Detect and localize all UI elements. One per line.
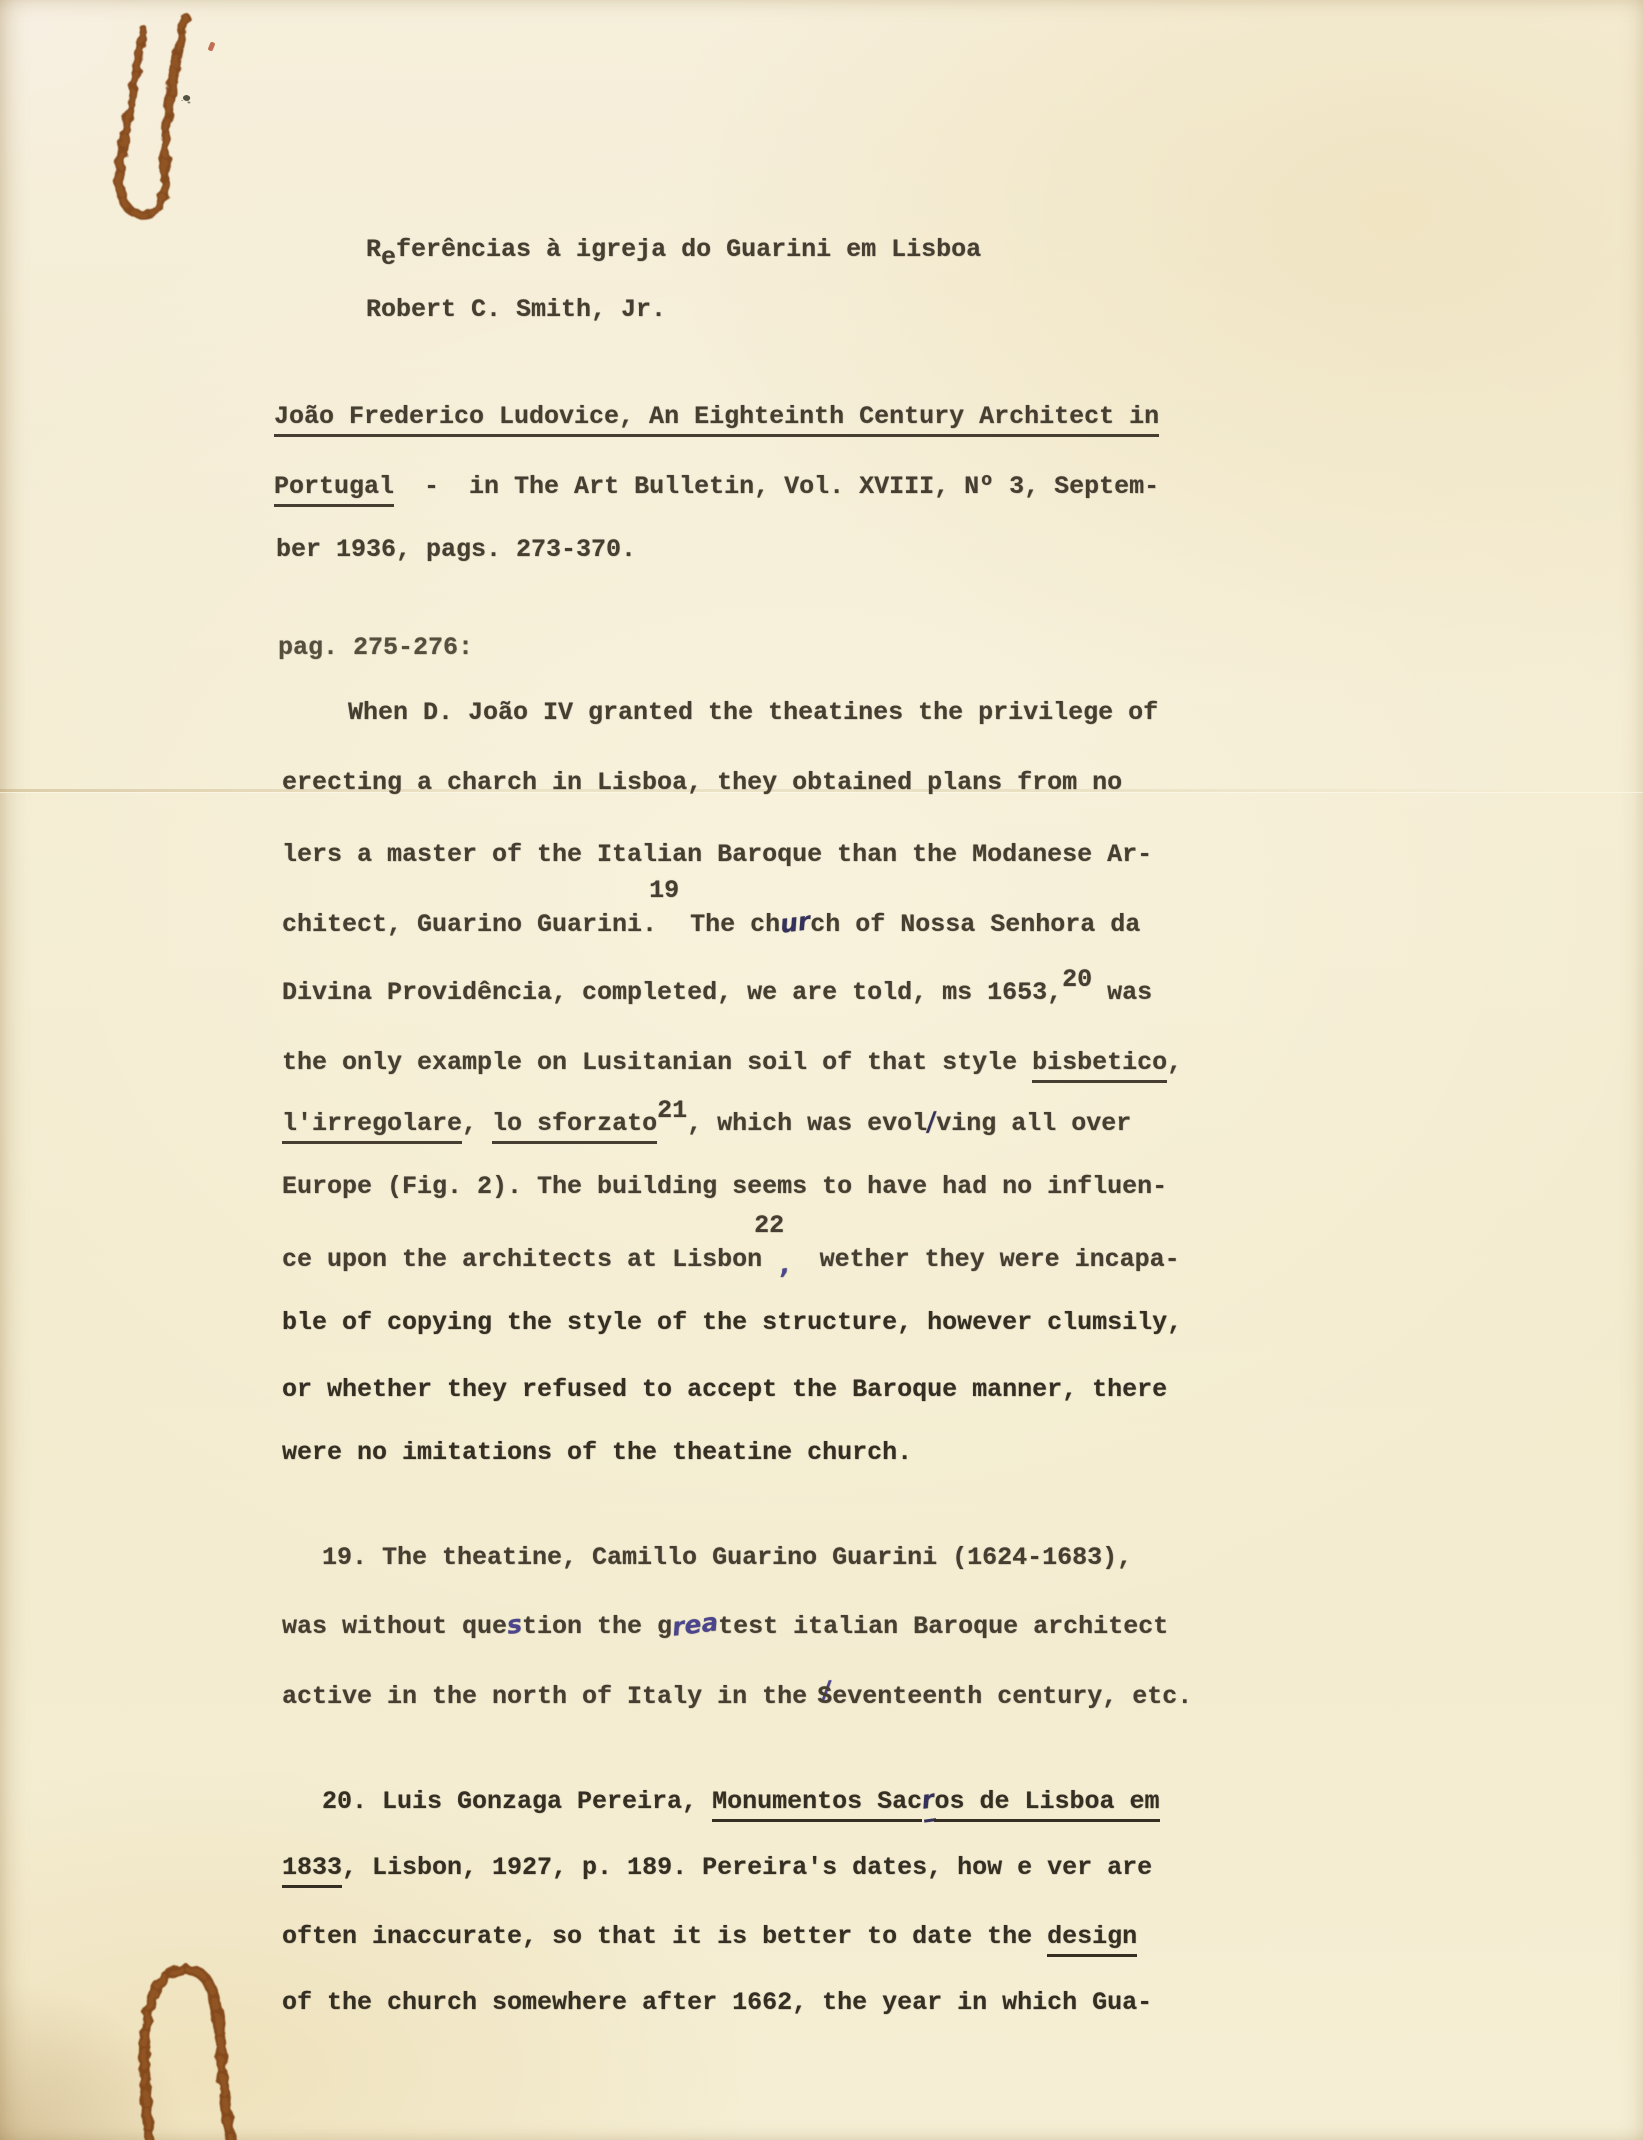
- typed-text: l'irregolare: [282, 1109, 462, 1144]
- body-line-10: ble of copying the style of the structur…: [282, 1307, 1182, 1339]
- typed-text: os de Lisboa em: [934, 1787, 1159, 1822]
- footnote-reference: 21: [657, 1096, 687, 1125]
- typed-text: design: [1047, 1922, 1137, 1957]
- footnote-reference: 20: [1062, 965, 1092, 994]
- typed-text: erecting a charch in Lisboa, they obtain…: [282, 768, 1122, 797]
- typed-text-layer: Referências à igreja do Guarini em Lisbo…: [0, 0, 1643, 2140]
- footnote-20-line-4: of the church somewhere after 1662, the …: [282, 1987, 1152, 2019]
- typed-text: Monumentos Sac: [712, 1787, 922, 1822]
- typed-text: were no imitations of the theatine churc…: [282, 1438, 912, 1467]
- footnote-20-line-2: 1833, Lisbon, 1927, p. 189. Pereira's da…: [282, 1852, 1152, 1884]
- typed-text: lo sforzato: [492, 1109, 657, 1144]
- typed-text: The ch: [675, 910, 780, 939]
- typed-text: ,: [462, 1109, 492, 1138]
- typed-text: ,: [1167, 1048, 1182, 1077]
- body-line-9: ce upon the architects at Lisbon22, weth…: [282, 1242, 1180, 1276]
- typed-text: lers a master of the Italian Baroque tha…: [282, 840, 1152, 869]
- typed-text: of the church somewhere after 1662, the …: [282, 1988, 1152, 2017]
- typed-text: the only example on Lusitanian soil of t…: [282, 1048, 1032, 1077]
- typed-text: ferências à igreja do Guarini em Lisboa: [396, 235, 981, 264]
- handwritten-correction: rea: [670, 1606, 720, 1643]
- body-line-8: Europe (Fig. 2). The building seems to h…: [282, 1171, 1167, 1203]
- typed-text: , which was evol: [687, 1109, 927, 1138]
- citation-line-2: Portugal - in The Art Bulletin, Vol. XVI…: [274, 471, 1159, 503]
- typed-text: ble of copying the style of the structur…: [282, 1308, 1182, 1337]
- citation-line-1: João Frederico Ludovice, An Eighteinth C…: [274, 401, 1159, 433]
- page-ref-line: pag. 275-276:: [278, 632, 473, 664]
- typed-text: 1833: [282, 1853, 342, 1888]
- scanned-typescript-page: Referências à igreja do Guarini em Lisbo…: [0, 0, 1643, 2140]
- typed-text: test italian Baroque architect: [718, 1612, 1168, 1641]
- footnote-reference: 19: [649, 876, 679, 905]
- footnote-19-line-3: active in the north of Italy in the /Sev…: [282, 1679, 1192, 1713]
- typed-text: Portugal: [274, 472, 394, 507]
- typed-text: pag. 275-276:: [278, 633, 473, 662]
- typed-text: 20. Luis Gonzaga Pereira,: [322, 1787, 712, 1816]
- body-line-2: erecting a charch in Lisboa, they obtain…: [282, 767, 1122, 799]
- typed-text: chitect, Guarino Guarini.: [282, 910, 657, 939]
- footnote-19-line-2: was without question the greatest italia…: [282, 1609, 1168, 1643]
- author-line: Robert C. Smith, Jr.: [366, 294, 666, 326]
- typed-text: was: [1092, 978, 1152, 1007]
- typed-text: R: [366, 235, 381, 264]
- title-line: Referências à igreja do Guarini em Lisbo…: [366, 234, 981, 266]
- handwritten-correction: ur: [778, 905, 812, 940]
- typed-text: ce upon the architects at Lisbon: [282, 1245, 762, 1274]
- footnote-20-line-1: 20. Luis Gonzaga Pereira, Monumentos Sac…: [322, 1784, 1160, 1822]
- body-line-3: lers a master of the Italian Baroque tha…: [282, 839, 1152, 871]
- typed-text: ving all over: [936, 1109, 1131, 1138]
- typed-text: Divina Providência, completed, we are to…: [282, 978, 1062, 1007]
- body-line-7: l'irregolare, lo sforzato21, which was e…: [282, 1106, 1131, 1140]
- typed-text: or whether they refused to accept the Ba…: [282, 1375, 1167, 1404]
- typed-text: , Lisbon, 1927, p. 189. Pereira's dates,…: [342, 1853, 1152, 1882]
- typed-text: Robert C. Smith, Jr.: [366, 295, 666, 324]
- typed-text: tion the g: [522, 1612, 672, 1641]
- typed-text: 19. The theatine, Camillo Guarino Guarin…: [322, 1543, 1132, 1572]
- typed-text: often inaccurate, so that it is better t…: [282, 1922, 1047, 1951]
- typed-text: When D. João IV granted the theatines th…: [348, 698, 1158, 727]
- body-line-5: Divina Providência, completed, we are to…: [282, 977, 1152, 1009]
- body-line-6: the only example on Lusitanian soil of t…: [282, 1047, 1182, 1079]
- citation-line-3: ber 1936, pags. 273-370.: [276, 534, 636, 566]
- typed-text: was without que: [282, 1612, 507, 1641]
- typed-text: ber 1936, pags. 273-370.: [276, 535, 636, 564]
- body-line-11: or whether they refused to accept the Ba…: [282, 1374, 1167, 1406]
- typed-text: - in The Art Bulletin, Vol. XVIII, Nº 3,…: [394, 472, 1159, 501]
- body-line-4: chitect, Guarino Guarini.19 The church o…: [282, 907, 1140, 941]
- footnote-19-line-1: 19. The theatine, Camillo Guarino Guarin…: [322, 1542, 1132, 1574]
- typed-text: ch of Nossa Senhora da: [810, 910, 1140, 939]
- body-line-1: When D. João IV granted the theatines th…: [348, 697, 1158, 729]
- footnote-reference: 22: [754, 1211, 784, 1240]
- typed-text: active in the north of Italy in the: [282, 1682, 822, 1711]
- typed-text: Seventeenth century, etc.: [817, 1682, 1192, 1711]
- typed-text: Europe (Fig. 2). The building seems to h…: [282, 1172, 1167, 1201]
- body-line-12: were no imitations of the theatine churc…: [282, 1437, 912, 1469]
- typed-text: bisbetico: [1032, 1048, 1167, 1083]
- typed-text: wether they were incapa-: [790, 1245, 1180, 1274]
- footnote-20-line-3: often inaccurate, so that it is better t…: [282, 1921, 1137, 1953]
- typed-text: João Frederico Ludovice, An Eighteinth C…: [274, 402, 1159, 437]
- typed-text: e: [381, 243, 396, 272]
